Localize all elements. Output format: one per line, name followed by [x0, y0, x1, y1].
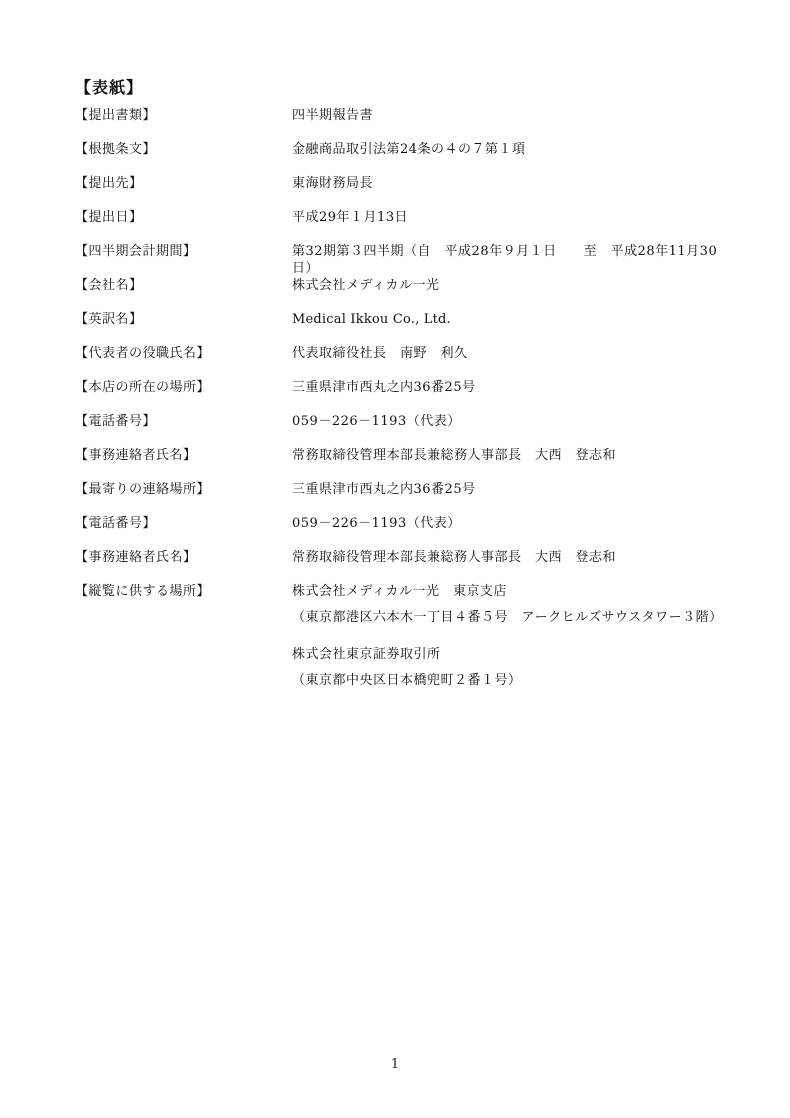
- field-label: 【英訳名】: [75, 312, 292, 329]
- field-row-head-office-location: 【本店の所在の場所】 三重県津市西丸之内36番25号: [75, 380, 735, 414]
- field-label: 【会社名】: [75, 278, 292, 295]
- viewing-location-name: 株式会社メディカル一光 東京支店: [292, 584, 735, 601]
- field-row-quarterly-period: 【四半期会計期間】 第32期第３四半期（自 平成28年９月１日 至 平成28年1…: [75, 244, 735, 278]
- viewing-location-name: 株式会社東京証券取引所: [292, 647, 735, 664]
- field-value: 金融商品取引法第24条の４の７第１項: [292, 142, 735, 159]
- field-row-submitted-to: 【提出先】 東海財務局長: [75, 176, 735, 210]
- field-value: 三重県津市西丸之内36番25号: [292, 380, 735, 397]
- page-title: 【表紙】: [75, 78, 735, 97]
- page-content: 【表紙】 【提出書類】 四半期報告書 【根拠条文】 金融商品取引法第24条の４の…: [0, 0, 790, 690]
- viewing-location-address: （東京都港区六本木一丁目４番５号 アークヒルズサウスタワー３階）: [292, 610, 735, 627]
- field-row-company-name: 【会社名】 株式会社メディカル一光: [75, 278, 735, 312]
- field-label: 【事務連絡者氏名】: [75, 550, 292, 567]
- field-value: 常務取締役管理本部長兼総務人事部長 大西 登志和: [292, 550, 735, 567]
- field-row-nearest-contact-location: 【最寄りの連絡場所】 三重県津市西丸之内36番25号: [75, 482, 735, 516]
- field-row-english-name: 【英訳名】 Medical Ikkou Co., Ltd.: [75, 312, 735, 346]
- viewing-location-address: （東京都中央区日本橋兜町２番１号）: [292, 673, 735, 690]
- field-row-public-inspection-places: 【縦覧に供する場所】 株式会社メディカル一光 東京支店 （東京都港区六本木一丁目…: [75, 584, 735, 690]
- field-label: 【根拠条文】: [75, 142, 292, 159]
- field-value: Medical Ikkou Co., Ltd.: [292, 312, 735, 329]
- field-value: 株式会社メディカル一光: [292, 278, 735, 295]
- field-list: 【提出書類】 四半期報告書 【根拠条文】 金融商品取引法第24条の４の７第１項 …: [75, 108, 735, 690]
- field-value: 代表取締役社長 南野 利久: [292, 346, 735, 363]
- field-row-legal-basis: 【根拠条文】 金融商品取引法第24条の４の７第１項: [75, 142, 735, 176]
- field-row-contact-person-2: 【事務連絡者氏名】 常務取締役管理本部長兼総務人事部長 大西 登志和: [75, 550, 735, 584]
- field-value: 059－226－1193（代表）: [292, 414, 735, 431]
- field-label: 【事務連絡者氏名】: [75, 448, 292, 465]
- field-label: 【提出日】: [75, 210, 292, 227]
- viewing-location: 株式会社東京証券取引所 （東京都中央区日本橋兜町２番１号）: [292, 647, 735, 690]
- field-label: 【四半期会計期間】: [75, 244, 292, 261]
- field-value: 059－226－1193（代表）: [292, 516, 735, 533]
- field-row-phone-number-2: 【電話番号】 059－226－1193（代表）: [75, 516, 735, 550]
- field-label: 【電話番号】: [75, 516, 292, 533]
- field-label: 【代表者の役職氏名】: [75, 346, 292, 363]
- field-row-contact-person: 【事務連絡者氏名】 常務取締役管理本部長兼総務人事部長 大西 登志和: [75, 448, 735, 482]
- field-row-submission-date: 【提出日】 平成29年１月13日: [75, 210, 735, 244]
- field-label: 【提出先】: [75, 176, 292, 193]
- field-label: 【最寄りの連絡場所】: [75, 482, 292, 499]
- field-value: 常務取締役管理本部長兼総務人事部長 大西 登志和: [292, 448, 735, 465]
- field-value: 四半期報告書: [292, 108, 735, 125]
- field-label: 【電話番号】: [75, 414, 292, 431]
- field-label: 【提出書類】: [75, 108, 292, 125]
- page-number: 1: [0, 1057, 790, 1072]
- field-value: 株式会社メディカル一光 東京支店 （東京都港区六本木一丁目４番５号 アークヒルズ…: [292, 584, 735, 690]
- report-cover-page: 【表紙】 【提出書類】 四半期報告書 【根拠条文】 金融商品取引法第24条の４の…: [0, 0, 790, 1118]
- field-label: 【本店の所在の場所】: [75, 380, 292, 397]
- field-row-representative: 【代表者の役職氏名】 代表取締役社長 南野 利久: [75, 346, 735, 380]
- field-value: 東海財務局長: [292, 176, 735, 193]
- field-value: 三重県津市西丸之内36番25号: [292, 482, 735, 499]
- field-value: 第32期第３四半期（自 平成28年９月１日 至 平成28年11月30日）: [292, 244, 735, 278]
- viewing-location: 株式会社メディカル一光 東京支店 （東京都港区六本木一丁目４番５号 アークヒルズ…: [292, 584, 735, 627]
- field-value: 平成29年１月13日: [292, 210, 735, 227]
- field-row-document-type: 【提出書類】 四半期報告書: [75, 108, 735, 142]
- field-label: 【縦覧に供する場所】: [75, 584, 292, 601]
- field-row-phone-number: 【電話番号】 059－226－1193（代表）: [75, 414, 735, 448]
